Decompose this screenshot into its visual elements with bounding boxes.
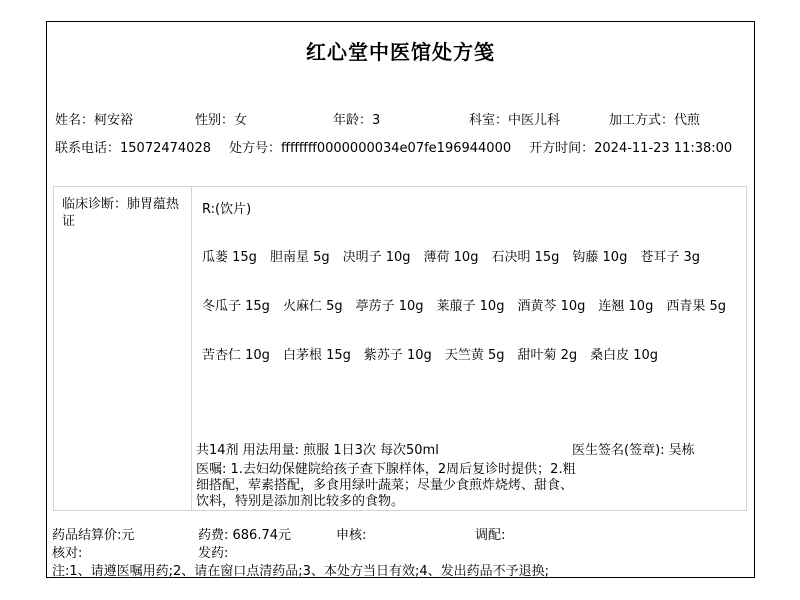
herb-item: 桑白皮 10g <box>590 348 658 363</box>
processing-method-field: 加工方式：代煎 <box>609 109 700 128</box>
herb-item: 酒黄芩 10g <box>517 299 585 314</box>
dispense-issue-field: 发药: <box>198 542 228 561</box>
prescription-number-value: ffffffff0000000034e07fe196944000 <box>281 141 511 156</box>
issue-time-value: 2024-11-23 11:38:00 <box>594 141 732 156</box>
herb-item: 天竺黄 5g <box>445 348 505 363</box>
herb-line: 苦杏仁 10g白茅根 15g紫苏子 10g天竺黄 5g甜叶菊 2g桑白皮 10g <box>202 344 658 363</box>
patient-gender-field: 性别：女 <box>195 109 247 128</box>
review-field: 申核: <box>336 524 366 543</box>
phone-label: 联系电话： <box>55 141 120 156</box>
herb-item: 连翘 10g <box>598 299 653 314</box>
processing-method-value: 代煎 <box>674 113 700 128</box>
settlement-price-field: 药品结算价:元 <box>52 524 134 543</box>
patient-name-label: 姓名： <box>55 113 94 128</box>
clinical-diagnosis-label: 临床诊断： <box>62 197 127 212</box>
patient-age-label: 年龄： <box>333 113 372 128</box>
herb-item: 钩藤 10g <box>572 250 627 265</box>
patient-gender-label: 性别： <box>195 113 234 128</box>
herb-item: 西青果 5g <box>666 299 726 314</box>
doctor-signature: 医生签名(签章): 吴栋 <box>572 439 695 458</box>
issue-time-field: 开方时间：2024-11-23 11:38:00 <box>529 137 732 156</box>
herb-item: 白茅根 15g <box>283 348 351 363</box>
check-field: 核对: <box>52 542 82 561</box>
patient-name-value: 柯安裕 <box>94 113 133 128</box>
prescription-number-field: 处方号：ffffffff0000000034e07fe196944000 <box>229 137 511 156</box>
prescription-number-label: 处方号： <box>229 141 281 156</box>
patient-age-field: 年龄：3 <box>333 109 380 128</box>
patient-name-field: 姓名：柯安裕 <box>55 109 133 128</box>
herb-item: 决明子 10g <box>343 250 411 265</box>
herb-item: 甜叶菊 2g <box>517 348 577 363</box>
prescription-content: R:(饮片) 瓜蒌 15g胆南星 5g决明子 10g薄荷 10g石决明 15g钩… <box>192 187 747 510</box>
prescription-table: 临床诊断：肺胃蕴热证 R:(饮片) 瓜蒌 15g胆南星 5g决明子 10g薄荷 … <box>53 186 747 511</box>
herb-item: 苍耳子 3g <box>640 250 700 265</box>
phone-value: 15072474028 <box>120 141 211 156</box>
herb-item: 冬瓜子 15g <box>202 299 270 314</box>
dosage-summary: 共14剂 用法用量: 煎服 1日3次 每次50ml <box>196 439 439 458</box>
department-field: 科室：中医儿科 <box>469 109 560 128</box>
clinical-diagnosis-cell: 临床诊断：肺胃蕴热证 <box>54 187 192 510</box>
medicine-fee-field: 药费: 686.74元 <box>198 524 291 543</box>
footer-note: 注:1、请遵医嘱用药;2、请在窗口点清药品;3、本处方当日有效;4、发出药品不予… <box>52 560 549 579</box>
herb-item: 火麻仁 5g <box>283 299 343 314</box>
herb-item: 石决明 15g <box>491 250 559 265</box>
herb-item: 紫苏子 10g <box>364 348 432 363</box>
herb-item: 胆南星 5g <box>270 250 330 265</box>
processing-method-label: 加工方式： <box>609 113 674 128</box>
department-value: 中医儿科 <box>508 113 560 128</box>
patient-gender-value: 女 <box>234 113 247 128</box>
page-title: 红心堂中医馆处方笺 <box>47 36 754 65</box>
herb-item: 苦杏仁 10g <box>202 348 270 363</box>
herb-item: 薄荷 10g <box>424 250 479 265</box>
medical-advice-line: 饮料，特别是添加剂比较多的食物。 <box>196 490 404 509</box>
department-label: 科室： <box>469 113 508 128</box>
herb-item: 瓜蒌 15g <box>202 250 257 265</box>
phone-field: 联系电话：15072474028 <box>55 137 211 156</box>
herb-line: 冬瓜子 15g火麻仁 5g葶苈子 10g莱菔子 10g酒黄芩 10g连翘 10g… <box>202 295 726 314</box>
issue-time-label: 开方时间： <box>529 141 594 156</box>
rp-header: R:(饮片) <box>202 198 251 217</box>
herb-line: 瓜蒌 15g胆南星 5g决明子 10g薄荷 10g石决明 15g钩藤 10g苍耳… <box>202 246 700 265</box>
herb-item: 莱菔子 10g <box>437 299 505 314</box>
patient-age-value: 3 <box>372 113 380 128</box>
info-row-2: 联系电话：15072474028 处方号：ffffffff0000000034e… <box>55 137 732 156</box>
dispense-prepare-field: 调配: <box>475 524 505 543</box>
prescription-sheet: 红心堂中医馆处方笺 姓名：柯安裕 性别：女 年龄：3 科室：中医儿科 加工方式：… <box>46 21 755 578</box>
herb-item: 葶苈子 10g <box>356 299 424 314</box>
